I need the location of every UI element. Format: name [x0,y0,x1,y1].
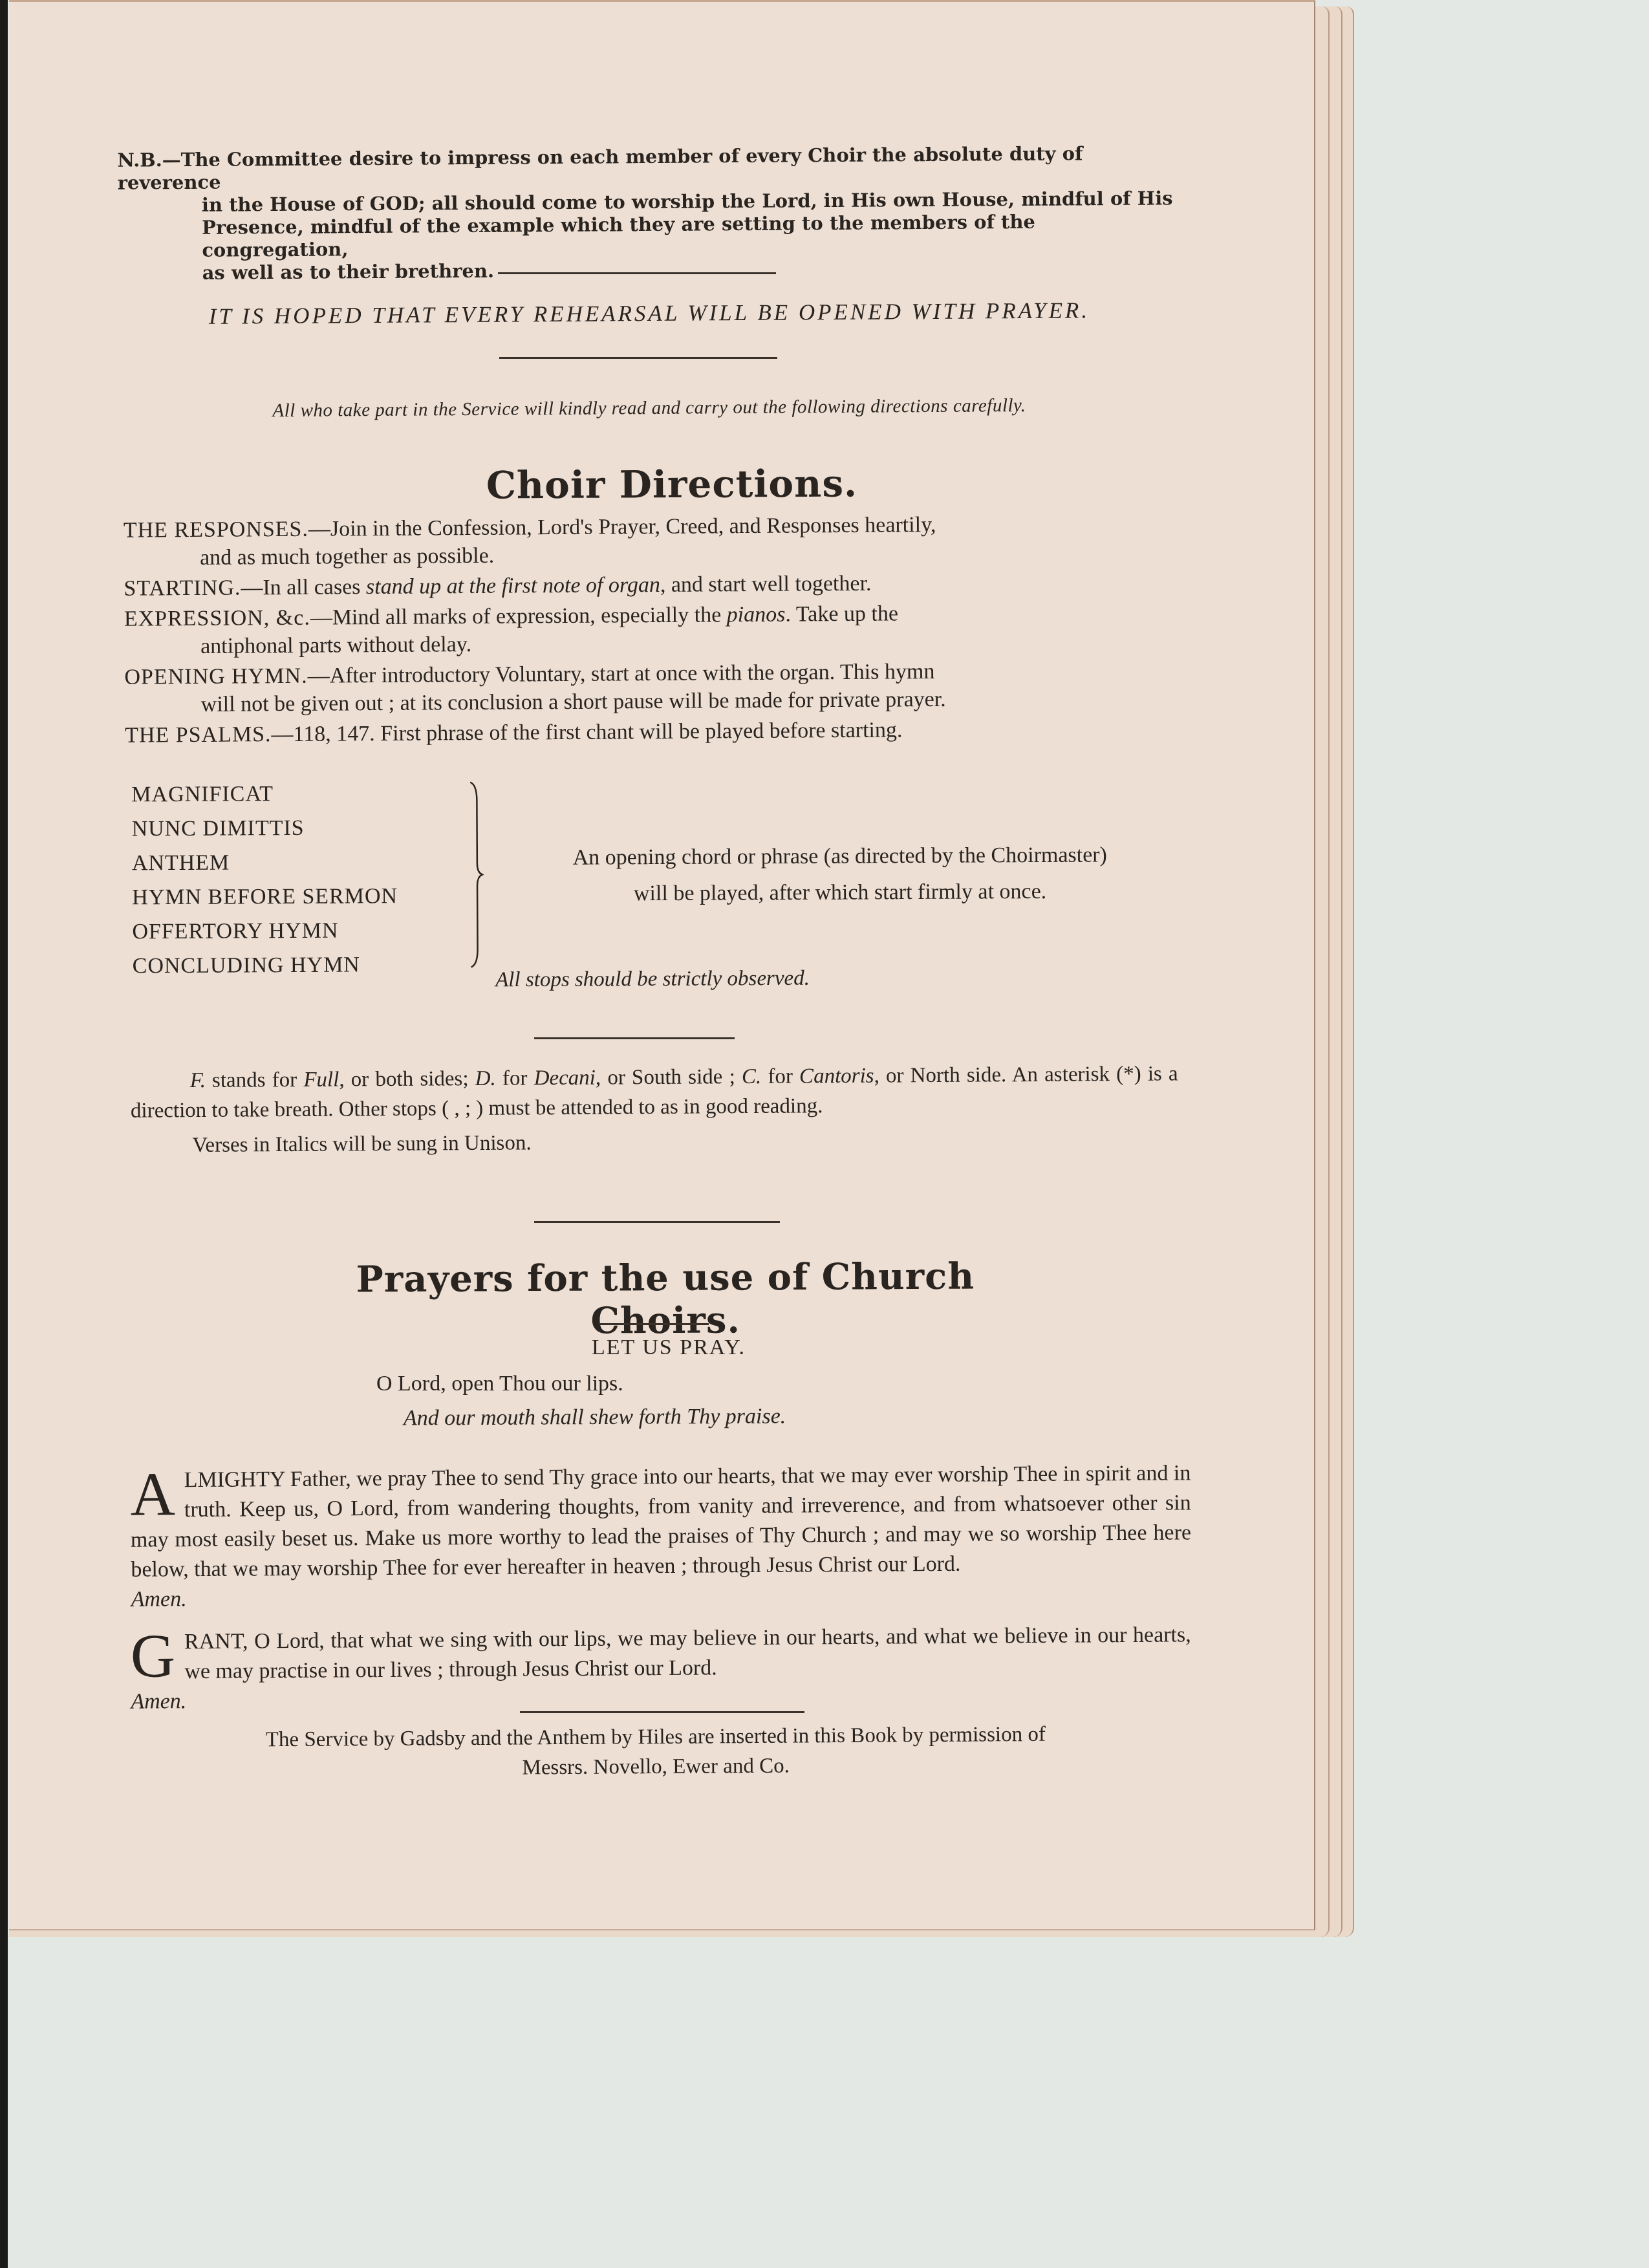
direction-text: —After introductory Voluntary, start at … [307,660,934,688]
direction-continuation: antiphonal parts without delay. [124,625,1185,660]
prayer-text: LMIGHTY Father, we pray Thee to send Thy… [131,1461,1191,1581]
legend-f-label: F. [190,1069,206,1092]
direction-continuation: and as much together as possible. [124,537,1184,572]
prayer-grant: G RANT, O Lord, that what we sing with o… [131,1620,1192,1716]
legend-text: for [761,1064,799,1088]
divider-rule [534,1037,735,1039]
curly-brace-icon [469,781,484,968]
notation-legend: F. stands for Full, or both sides; D. fo… [131,1059,1179,1160]
legend-text: stands for [206,1068,304,1092]
bracket-note-line: will be played, after which start firmly… [497,873,1183,913]
direction-text: —In all cases [241,575,366,599]
direction-heading: THE PSALMS. [125,722,272,748]
prayers-title: Prayers for the use of Church Choirs. [294,1255,1038,1344]
direction-opening-hymn: OPENING HYMN.—After introductory Volunta… [124,656,1185,718]
direction-starting: STARTING.—In all cases stand up at the f… [124,567,1184,602]
divider-rule [520,1711,804,1713]
direction-heading: THE RESPONSES. [124,517,308,543]
bracketed-item: NUNC DIMITTIS [131,810,397,846]
direction-emphasis: pianos [727,603,786,627]
bracket-note: An opening chord or phrase (as directed … [497,837,1183,913]
let-us-pray: LET US PRAY. [572,1335,766,1360]
stops-note: All stops should be strictly observed. [119,965,1186,995]
unison-note: Verses in Italics will be sung in Unison… [131,1123,1178,1160]
direction-heading: OPENING HYMN. [124,664,307,689]
direction-text: —Mind all marks of expression, especiall… [310,603,727,629]
legend-c-word: Cantoris [799,1064,874,1088]
legend-text: , or both sides; [339,1067,475,1091]
direction-text: —Join in the Confession, Lord's Prayer, … [308,513,936,541]
direction-emphasis: stand up at the first note of organ [366,573,660,599]
scanner-edge [0,0,8,2268]
nb-notice-line: Presence, mindful of the example which t… [118,210,1178,262]
permission-notice: The Service by Gadsby and the Anthem by … [119,1718,1193,1786]
nb-notice: N.B.—The Committee desire to impress on … [117,142,1178,285]
legend-c-label: C. [742,1065,762,1088]
choir-directions-title: Choir Directions. [397,461,947,508]
bracketed-directions: MAGNIFICAT NUNC DIMITTIS ANTHEM HYMN BEF… [131,772,1193,985]
legend-paragraph: F. stands for Full, or both sides; D. fo… [131,1059,1179,1125]
drop-cap: G [131,1630,176,1681]
legend-f-word: Full [303,1068,339,1091]
legend-text: , or South side ; [596,1065,742,1090]
bracket-note-line: An opening chord or phrase (as directed … [497,837,1183,877]
bracketed-items-list: MAGNIFICAT NUNC DIMITTIS ANTHEM HYMN BEF… [131,776,398,983]
direction-heading: STARTING. [124,576,241,600]
amen: Amen. [131,1577,1192,1614]
direction-continuation: will not be given out ; at its conclusio… [125,684,1185,718]
direction-expression: EXPRESSION, &c.—Mind all marks of expres… [124,598,1185,660]
bracketed-item: MAGNIFICAT [131,776,397,812]
direction-text: . Take up the [785,601,898,626]
document-page: N.B.—The Committee desire to impress on … [9,0,1315,1930]
rehearsal-notice: IT IS HOPED THAT EVERY REHEARSAL WILL BE… [119,297,1180,330]
divider-rule [599,1323,709,1325]
prayer-text: RANT, O Lord, that what we sing with our… [184,1623,1191,1683]
direction-psalms: THE PSALMS.—118, 147. First phrase of th… [125,714,1185,749]
direction-heading: EXPRESSION, &c. [124,606,310,631]
legend-text: for [496,1066,534,1090]
choir-directions-list: THE RESPONSES.—Join in the Confession, L… [124,509,1186,751]
nb-notice-lead: N.B.—The Committee desire to impress on … [117,142,1178,194]
bracketed-item: HYMN BEFORE SERMON [132,879,398,914]
divider-rule [498,272,776,274]
response: And our mouth shall shew forth Thy prais… [404,1404,786,1431]
legend-d-label: D. [475,1067,496,1090]
direction-responses: THE RESPONSES.—Join in the Confession, L… [124,509,1185,572]
direction-text: , and start well together. [660,572,872,597]
drop-cap: A [130,1468,175,1520]
bracketed-item: OFFERTORY HYMN [132,913,398,949]
divider-rule [499,357,777,359]
direction-text: —118, 147. First phrase of the first cha… [271,718,902,746]
legend-d-word: Decani [533,1066,596,1090]
prayer-almighty: A LMIGHTY Father, we pray Thee to send T… [130,1458,1192,1614]
divider-rule [534,1221,780,1223]
bracketed-item: ANTHEM [132,845,398,880]
read-directions-notice: All who take part in the Service will ki… [138,394,1160,422]
versicle: O Lord, open Thou our lips. [376,1372,623,1396]
